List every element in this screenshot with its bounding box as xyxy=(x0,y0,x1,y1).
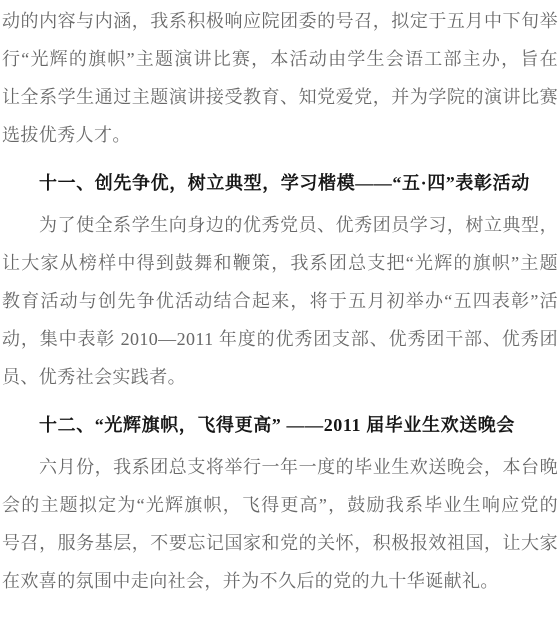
text-line: 会的主题拟定为“光辉旗帜，飞得更高”，鼓励我系毕业生响应党的 xyxy=(2,486,558,524)
document-page: 动的内容与内涵，我系积极响应院团委的号召，拟定于五月中下旬举 行“光辉的旗帜”主… xyxy=(0,0,560,620)
text-line: 教育活动与创先争优活动结合起来，将于五月初举办“五四表彰”活 xyxy=(2,282,558,320)
text-line: 为了使全系学生向身边的优秀党员、优秀团员学习，树立典型， xyxy=(2,206,558,244)
text-line: 让全系学生通过主题演讲接受教育、知党爱党，并为学院的演讲比赛 xyxy=(2,78,558,116)
text-line: 行“光辉的旗帜”主题演讲比赛，本活动由学生会语工部主办，旨在 xyxy=(2,40,558,78)
text-line: 动，集中表彰 2010—2011 年度的优秀团支部、优秀团干部、优秀团 xyxy=(2,320,558,358)
text-line: 让大家从榜样中得到鼓舞和鞭策，我系团总支把“光辉的旗帜”主题 xyxy=(2,244,558,282)
section-heading-11: 十一、创先争优，树立典型，学习楷模——“五·四”表彰活动 xyxy=(2,164,558,202)
text-line: 选拔优秀人才。 xyxy=(2,116,558,154)
text-line: 动的内容与内涵，我系积极响应院团委的号召，拟定于五月中下旬举 xyxy=(2,2,558,40)
section-heading-12: 十二、“光辉旗帜，飞得更高” ——2011 届毕业生欢送晚会 xyxy=(2,406,558,444)
text-line: 在欢喜的氛围中走向社会，并为不久后的党的九十华诞献礼。 xyxy=(2,562,558,600)
text-line: 员、优秀社会实践者。 xyxy=(2,358,558,396)
text-line: 号召，服务基层，不要忘记国家和党的关怀，积极报效祖国，让大家 xyxy=(2,524,558,562)
text-line: 六月份，我系团总支将举行一年一度的毕业生欢送晚会，本台晚 xyxy=(2,448,558,486)
